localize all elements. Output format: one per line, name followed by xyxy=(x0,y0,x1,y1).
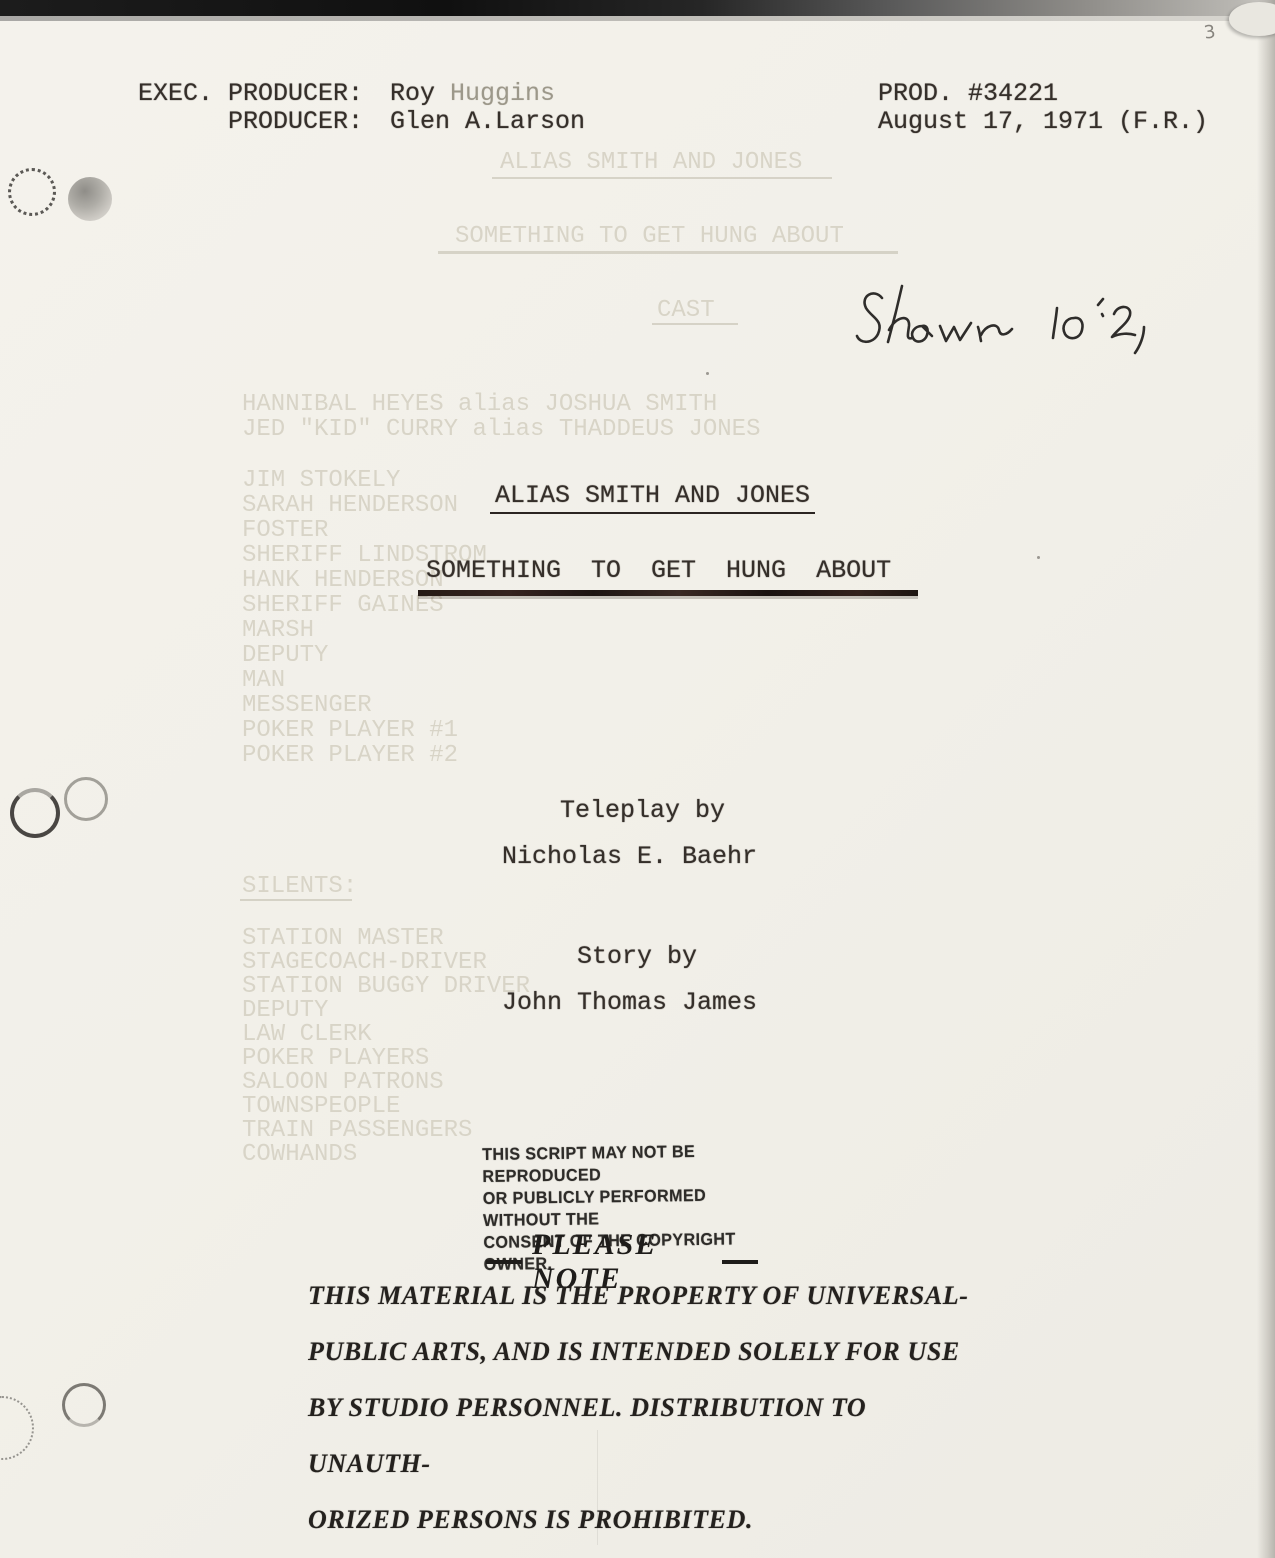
ghost-series-title-underline xyxy=(492,177,832,179)
ghost-cast-row: SHERIFF GAINES xyxy=(242,593,487,618)
ink-speck-1 xyxy=(706,372,709,375)
episode-title: SOMETHING TO GET HUNG ABOUT xyxy=(426,557,891,584)
producer-label: PRODUCER: xyxy=(228,108,363,135)
ghost-cast-row: POKER PLAYER #1 xyxy=(242,718,487,743)
ghost-series-title: ALIAS SMITH AND JONES xyxy=(500,150,802,175)
ghost-cast-heading-underline xyxy=(652,323,738,325)
ghost-silents-row: DEPUTY xyxy=(242,998,530,1022)
story-by-label: Story by xyxy=(577,943,697,970)
property-notice-line: PUBLIC ARTS, AND IS INTENDED SOLELY FOR … xyxy=(308,1324,988,1380)
ghost-silents-row: LAW CLERK xyxy=(242,1022,530,1046)
ghost-cast-heading: CAST xyxy=(657,298,715,323)
prod-number: PROD. #34221 xyxy=(878,80,1058,107)
ghost-silents-row: TOWNSPEOPLE xyxy=(242,1094,530,1118)
ghost-silents-row: POKER PLAYERS xyxy=(242,1046,530,1070)
hole-punch-bottom xyxy=(62,1383,106,1427)
exec-producer-label: EXEC. PRODUCER: xyxy=(138,80,363,107)
property-notice-line: ORIZED PERSONS IS PROHIBITED. xyxy=(308,1492,988,1548)
hole-punch-ring-bottom-arc xyxy=(0,1396,34,1460)
ghost-silents-row: STATION BUGGY DRIVER xyxy=(242,974,530,998)
story-author: John Thomas James xyxy=(502,989,757,1016)
ghost-cast-row: JIM STOKELY xyxy=(242,468,487,493)
ghost-cast-list: JIM STOKELYSARAH HENDERSONFOSTERSHERIFF … xyxy=(242,468,487,768)
producer-name: Glen A.Larson xyxy=(390,108,585,135)
scan-top-edge xyxy=(0,0,1275,16)
ghost-silents-heading: SILENTS: xyxy=(242,874,357,899)
page-corner-curl xyxy=(1229,2,1275,36)
ghost-cast-lead-row: HANNIBAL HEYES alias JOSHUA SMITH xyxy=(242,392,760,417)
ghost-silents-list: STATION MASTERSTAGECOACH-DRIVERSTATION B… xyxy=(242,926,530,1166)
script-cover-page: 3 EXEC. PRODUCER: Roy Huggins PRODUCER: … xyxy=(0,0,1275,1558)
exec-producer-name: Roy Huggins xyxy=(390,80,555,107)
hole-punch-middle xyxy=(64,777,108,821)
hole-punch-top xyxy=(68,177,112,221)
ghost-cast-row: POKER PLAYER #2 xyxy=(242,743,487,768)
teleplay-by-label: Teleplay by xyxy=(560,797,725,824)
teleplay-author: Nicholas E. Baehr xyxy=(502,843,757,870)
scan-top-edge-shadow xyxy=(0,16,1275,21)
property-notice: THIS MATERIAL IS THE PROPERTY OF UNIVERS… xyxy=(308,1268,988,1548)
ghost-episode-title-underline xyxy=(438,251,898,254)
script-date: August 17, 1971 (F.R.) xyxy=(878,108,1208,135)
ghost-cast-row: MAN xyxy=(242,668,487,693)
exec-producer-first: Roy xyxy=(390,79,450,108)
stamp-line-2: OR PUBLICLY PERFORMED WITHOUT THE xyxy=(483,1184,778,1232)
ghost-cast-row: SARAH HENDERSON xyxy=(242,493,487,518)
dash-left xyxy=(486,1260,522,1264)
property-notice-line: THIS MATERIAL IS THE PROPERTY OF UNIVERS… xyxy=(308,1268,988,1324)
ghost-cast-leads: HANNIBAL HEYES alias JOSHUA SMITHJED "KI… xyxy=(242,392,760,442)
stamp-line-1: THIS SCRIPT MAY NOT BE REPRODUCED xyxy=(482,1140,777,1188)
scan-right-edge xyxy=(1257,0,1275,1558)
ghost-cast-row: MARSH xyxy=(242,618,487,643)
page-number-mark: 3 xyxy=(1203,21,1217,43)
handwritten-note-shown-date xyxy=(852,278,1182,378)
ghost-cast-row: DEPUTY xyxy=(242,643,487,668)
ink-speck-2 xyxy=(1037,556,1040,559)
ghost-silents-row: STATION MASTER xyxy=(242,926,530,950)
ghost-cast-row: MESSENGER xyxy=(242,693,487,718)
ghost-silents-row: TRAIN PASSENGERS xyxy=(242,1118,530,1142)
ghost-silents-row: STAGECOACH-DRIVER xyxy=(242,950,530,974)
ghost-cast-row: FOSTER xyxy=(242,518,487,543)
ghost-silents-row: SALOON PATRONS xyxy=(242,1070,530,1094)
series-title: ALIAS SMITH AND JONES xyxy=(490,482,815,514)
episode-title-underline xyxy=(418,590,918,596)
hole-punch-ring-middle xyxy=(10,788,60,838)
property-notice-line: BY STUDIO PERSONNEL. DISTRIBUTION TO UNA… xyxy=(308,1380,988,1492)
hole-punch-ring-top xyxy=(8,168,56,216)
ghost-episode-title: SOMETHING TO GET HUNG ABOUT xyxy=(455,224,844,249)
dash-right xyxy=(722,1260,758,1264)
ghost-cast-lead-row: JED "KID" CURRY alias THADDEUS JONES xyxy=(242,417,760,442)
ghost-silents-underline xyxy=(240,899,352,901)
exec-producer-last-faded: Huggins xyxy=(450,79,555,108)
